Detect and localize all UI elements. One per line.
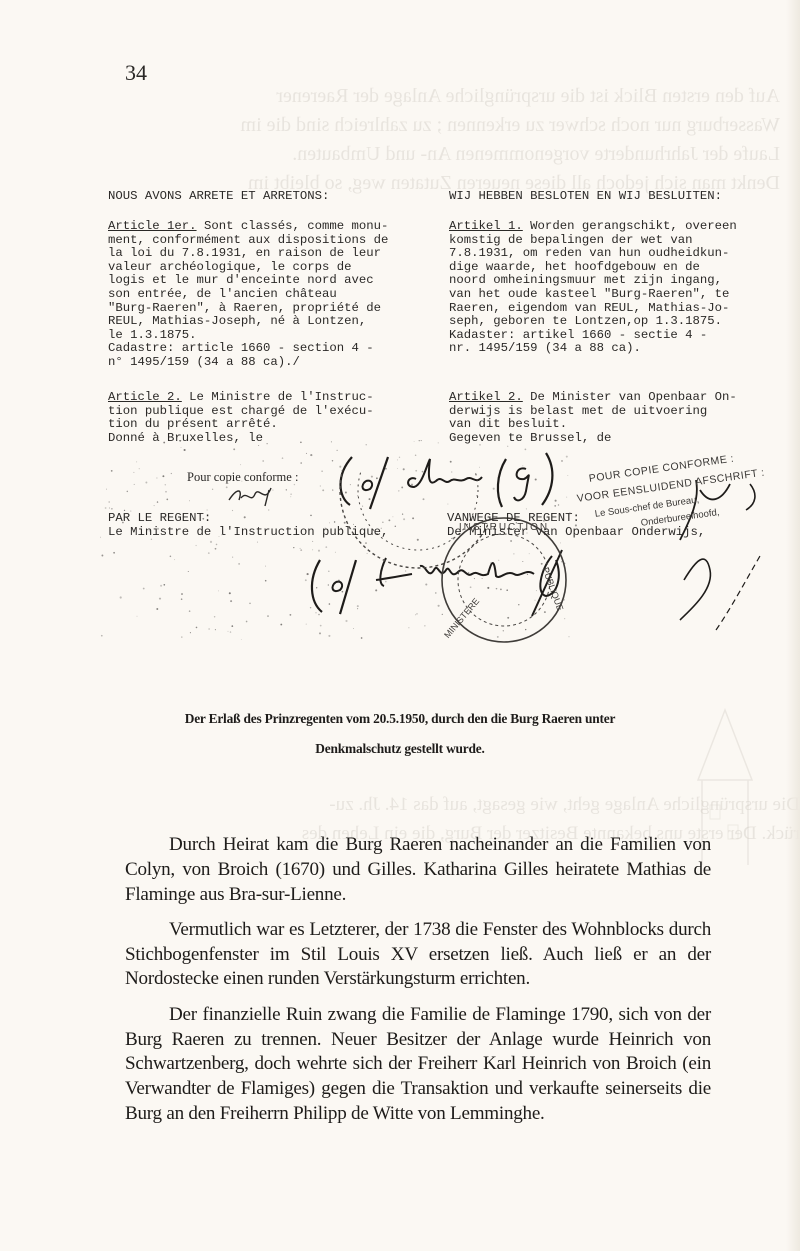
scanned-book-page: Auf den ersten Blick ist die ursprünglic… (0, 0, 800, 1251)
article-line: nr. 1495/159 (34 a 88 ca). (449, 341, 641, 355)
article-line: dige waarde, het hoofdgebouw en de (449, 260, 700, 274)
body-text: Durch Heirat kam die Burg Raeren nachein… (125, 833, 711, 1137)
article-line: Worden gerangschikt, overeen (523, 219, 737, 233)
article-2-nl: Artikel 2. De Minister van Openbaar On- … (449, 391, 737, 445)
article-line: Kadaster: artikel 1660 - sectie 4 - (449, 328, 707, 342)
article-line: valeur archéologique, le corps de (108, 260, 352, 274)
page-edge-shadow (786, 0, 800, 1251)
article-line: De Minister van Openbaar On- (523, 390, 737, 404)
article-line: 7.8.1931, om reden van hun oudheidkun- (449, 246, 729, 260)
article-line: van het oude kasteel "Burg-Raeren", te (449, 287, 729, 301)
article-2-fr: Article 2. Le Ministre de l'Instruc- tio… (108, 391, 374, 445)
showthrough-line: Laufe der Jahrhunderte vorgenommenen An-… (430, 140, 780, 169)
article-line: Sont classés, comme monu- (197, 219, 389, 233)
article-line: komstig de bepalingen der wet van (449, 233, 693, 247)
article-line: la loi du 7.8.1931, en raison de leur (108, 246, 381, 260)
article-line: tion publique est chargé de l'exécu- (108, 404, 374, 418)
photocopy-noise (100, 440, 580, 640)
article-line: tion du présent arrêté. (108, 417, 278, 431)
article-2-nl-label: Artikel 2. (449, 390, 523, 404)
caption-line-2: Denkmalschutz gestellt wurde. (0, 734, 800, 764)
caption-line-1: Der Erlaß des Prinzregenten vom 20.5.195… (0, 704, 800, 734)
showthrough-text-top: Auf den ersten Blick ist die ursprünglic… (430, 82, 780, 198)
paragraph: Vermutlich war es Letzterer, der 1738 di… (125, 918, 711, 992)
article-1-fr-label: Article 1er. (108, 219, 197, 233)
decree-heading-fr: NOUS AVONS ARRETE ET ARRETONS: (108, 190, 329, 204)
article-line: noord omheiningsmuur met zijn ingang, (449, 273, 722, 287)
article-line: le 1.3.1875. (108, 328, 197, 342)
showthrough-line: Wasserburg nur noch schwer zu erkennen ;… (430, 111, 780, 140)
article-1-nl: Artikel 1. Worden gerangschikt, overeen … (449, 220, 737, 356)
article-line: derwijs is belast met de uitvoering (449, 404, 707, 418)
article-1-nl-label: Artikel 1. (449, 219, 523, 233)
decree-heading-nl: WIJ HEBBEN BESLOTEN EN WIJ BESLUITEN: (449, 190, 722, 204)
article-2-fr-label: Article 2. (108, 390, 182, 404)
article-line: Cadastre: article 1660 - section 4 - (108, 341, 374, 355)
article-line: REUL, Mathias-Joseph, né à Lontzen, (108, 314, 366, 328)
article-line: son entrée, de l'ancien château (108, 287, 337, 301)
article-line: ment, conformément aux dispositions de (108, 233, 388, 247)
article-line: seph, geboren te Lontzen,op 1.3.1875. (449, 314, 722, 328)
figure-caption: Der Erlaß des Prinzregenten vom 20.5.195… (0, 704, 800, 764)
article-line: logis et le mur d'enceinte nord avec (108, 273, 374, 287)
article-line: n° 1495/159 (34 a 88 ca)./ (108, 355, 300, 369)
paragraph: Durch Heirat kam die Burg Raeren nachein… (125, 833, 711, 907)
article-line: Le Ministre de l'Instruc- (182, 390, 374, 404)
article-line: "Burg-Raeren", à Raeren, propriété de (108, 301, 381, 315)
article-line: van dit besluit. (449, 417, 567, 431)
showthrough-line: Auf den ersten Blick ist die ursprünglic… (430, 82, 780, 111)
article-1-fr: Article 1er. Sont classés, comme monu- m… (108, 220, 388, 370)
page-number: 34 (125, 60, 147, 86)
paragraph: Der finanzielle Ruin zwang die Familie d… (125, 1003, 711, 1127)
article-line: Raeren, eigendom van REUL, Mathias-Jo- (449, 301, 729, 315)
